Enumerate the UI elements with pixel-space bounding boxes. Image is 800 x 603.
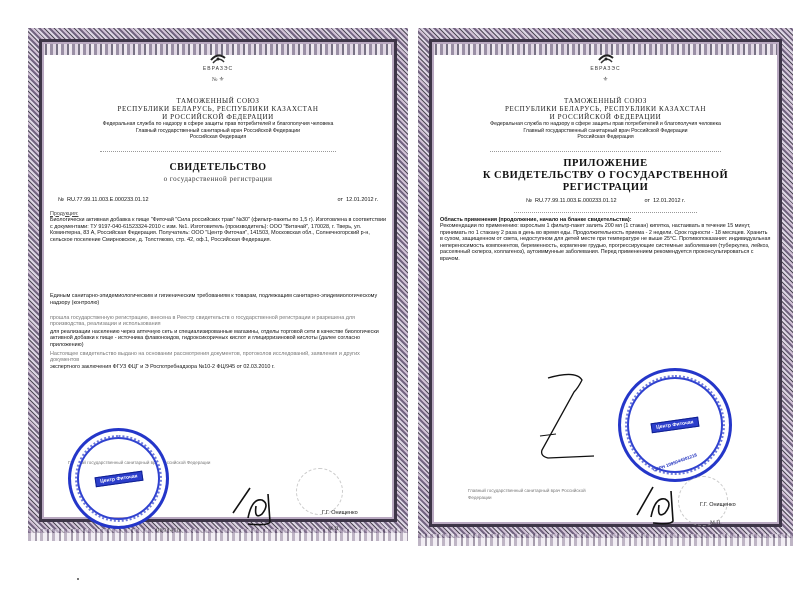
- scope-heading: Область применения (продолжение, начало …: [440, 217, 771, 224]
- logo-sub: ⚜: [440, 76, 771, 83]
- divider: [100, 151, 335, 152]
- ornamental-bottom-band: [28, 529, 408, 541]
- agency-block: Федеральная служба по надзору в сфере за…: [50, 121, 386, 141]
- form-serial-number: 0691418: [156, 528, 181, 534]
- ornamental-bottom-band: [418, 534, 793, 546]
- registration-line: № RU.77.99.11.003.Е.000233.01.12 от 12.0…: [50, 197, 386, 203]
- registration-line: № RU.77.99.11.003.Е.000233.01.12 от 12.0…: [440, 198, 771, 204]
- compliance-text: Единым санитарно-эпидемиологическим и ги…: [50, 293, 386, 306]
- seal-place-mark: М.П.: [710, 520, 722, 526]
- basis-statement: Настоящее свидетельство выдано на основа…: [50, 351, 386, 364]
- registration-statement: прошла государственную регистрацию, внес…: [50, 315, 386, 328]
- reg-date: от 12.01.2012 г.: [338, 197, 378, 203]
- scope-block: Область применения (продолжение, начало …: [440, 217, 771, 263]
- usage-text: для реализации населению через аптечную …: [50, 329, 386, 349]
- reg-number: № RU.77.99.11.003.Е.000233.01.12: [58, 197, 149, 203]
- emblem-icon: [207, 50, 229, 66]
- reg-number: № RU.77.99.11.003.Е.000233.01.12: [526, 198, 617, 204]
- logo-caption: ЕВРАЗЭС: [440, 66, 771, 72]
- product-block: Продукция: Биологически активная добавка…: [50, 211, 386, 244]
- customs-union-heading: ТАМОЖЕННЫЙ СОЮЗ РЕСПУБЛИКИ БЕЛАРУСЬ, РЕС…: [50, 97, 386, 121]
- logo-sub: № ⚜: [50, 76, 386, 83]
- scan-speck: [77, 578, 79, 580]
- expert-conclusion: экспертного заключения ФГУЗ ФЦГ и Э Росп…: [50, 364, 386, 371]
- eurasec-logo: ЕВРАЗЭС ⚜: [440, 50, 771, 83]
- document-subtitle: о государственной регистрации: [50, 175, 386, 183]
- divider: [514, 212, 696, 213]
- official-stamp: Центр Фиточая ОГРН 1095044001218: [618, 368, 732, 482]
- seal-place-mark: М.П.: [328, 526, 340, 532]
- faint-seal: [678, 476, 728, 526]
- eurasec-logo: ЕВРАЗЭС № ⚜: [50, 50, 386, 83]
- appendix-title: ПРИЛОЖЕНИЕ К СВИДЕТЕЛЬСТВУ О ГОСУДАРСТВЕ…: [440, 158, 771, 194]
- signature: [228, 478, 298, 528]
- customs-union-heading: ТАМОЖЕННЫЙ СОЮЗ РЕСПУБЛИКИ БЕЛАРУСЬ, РЕС…: [440, 97, 771, 121]
- appendix-page: ЕВРАЗЭС ⚜ ТАМОЖЕННЫЙ СОЮЗ РЕСПУБЛИКИ БЕЛ…: [418, 28, 793, 538]
- agency-block: Федеральная служба по надзору в сфере за…: [440, 121, 771, 141]
- document-title: СВИДЕТЕЛЬСТВО: [50, 162, 386, 173]
- logo-caption: ЕВРАЗЭС: [50, 66, 386, 72]
- emblem-icon: [595, 50, 617, 66]
- official-stamp: Центр Фиточая: [68, 428, 169, 529]
- handwritten-z-mark: [536, 358, 606, 473]
- signatory-name: Г.Г. Онищенко: [322, 510, 358, 516]
- certificate-page: ЕВРАЗЭС № ⚜ ТАМОЖЕННЫЙ СОЮЗ РЕСПУБЛИКИ Б…: [28, 28, 408, 533]
- divider: [490, 151, 722, 152]
- reg-date: от 12.01.2012 г.: [645, 198, 685, 204]
- scope-text: Рекомендации по применению: взрослым 1 ф…: [440, 223, 771, 263]
- signatory-name: Г.Г. Онищенко: [700, 502, 736, 508]
- product-text: Биологически активная добавка к пище "Фи…: [50, 217, 386, 243]
- faint-seal: [296, 468, 343, 515]
- signatory-title: Главный государственный санитарный врач …: [468, 488, 608, 501]
